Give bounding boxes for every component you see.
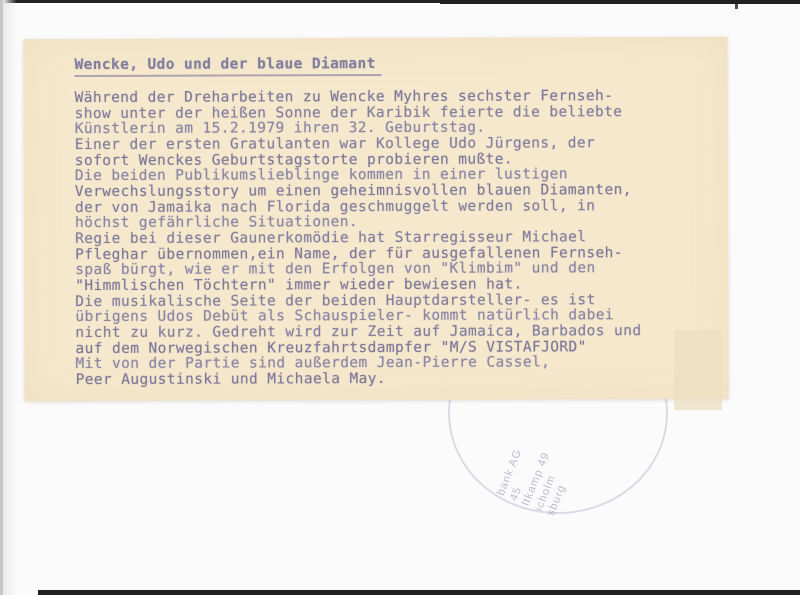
scan-top-edge-thick: [440, 0, 800, 4]
card-corner-shade: [674, 330, 722, 410]
caption-line: Peer Augustinski und Michaela May.: [76, 371, 642, 389]
scan-edge-notch: [735, 0, 738, 9]
caption-title: Wencke, Udo und der blaue Diamant: [74, 56, 381, 77]
press-photo-caption-scan: bank AG45ltkamp 49icholmsburg Wencke, Ud…: [0, 0, 800, 595]
caption-line: Einer der ersten Gratulanten war Kollege…: [75, 136, 641, 154]
scan-left-shadow: [3, 0, 17, 595]
scan-bottom-edge: [38, 590, 800, 595]
caption-body: Während der Dreharbeiten zu Wencke Myhre…: [75, 89, 642, 388]
caption-card: Wencke, Udo und der blaue Diamant Währen…: [23, 37, 728, 401]
